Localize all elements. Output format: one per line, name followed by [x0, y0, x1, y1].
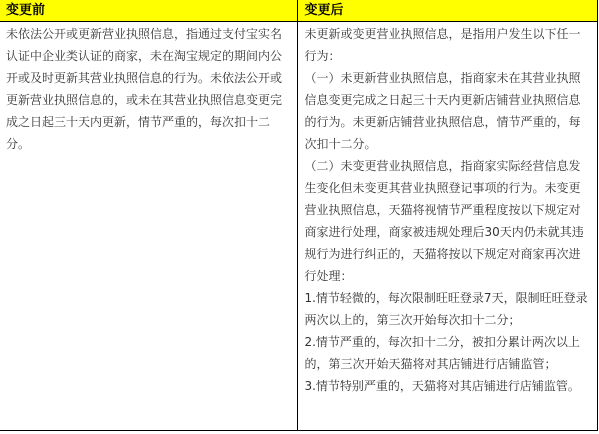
after-clause-1: （一）未更新营业执照信息，指商家未在其营业执照信息变更完成之日起三十天内更新店铺… [304, 67, 592, 155]
comparison-table: 变更前 变更后 未依法公开或更新营业执照信息，指通过支付宝实名认证中企业类认证的… [0, 0, 598, 431]
after-rule-1: 1.情节轻微的，每次限制旺旺登录7天，限制旺旺登录两次以上的，第三次开始每次扣十… [304, 287, 592, 331]
after-rule-2: 2.情节严重的，每次扣十二分，被扣分累计两次以上的，第三次开始天猫将对其店铺进行… [304, 331, 592, 375]
after-rule-3: 3.情节特别严重的，天猫将对其店铺进行店铺监管。 [304, 375, 592, 397]
after-clause-2: （二）未变更营业执照信息，指商家实际经营信息发生变化但未变更其营业执照登记事项的… [304, 155, 592, 287]
before-paragraph: 未依法公开或更新营业执照信息，指通过支付宝实名认证中企业类认证的商家，未在淘宝规… [6, 23, 292, 155]
after-cell: 未更新或变更营业执照信息，是指用户发生以下任一行为： （一）未更新营业执照信息，… [298, 22, 598, 431]
header-row: 变更前 变更后 [0, 0, 598, 22]
content-row: 未依法公开或更新营业执照信息，指通过支付宝实名认证中企业类认证的商家，未在淘宝规… [0, 22, 598, 431]
before-cell: 未依法公开或更新营业执照信息，指通过支付宝实名认证中企业类认证的商家，未在淘宝规… [0, 22, 298, 431]
after-intro: 未更新或变更营业执照信息，是指用户发生以下任一行为： [304, 23, 592, 67]
header-before: 变更前 [0, 0, 298, 22]
header-after: 变更后 [298, 0, 598, 22]
